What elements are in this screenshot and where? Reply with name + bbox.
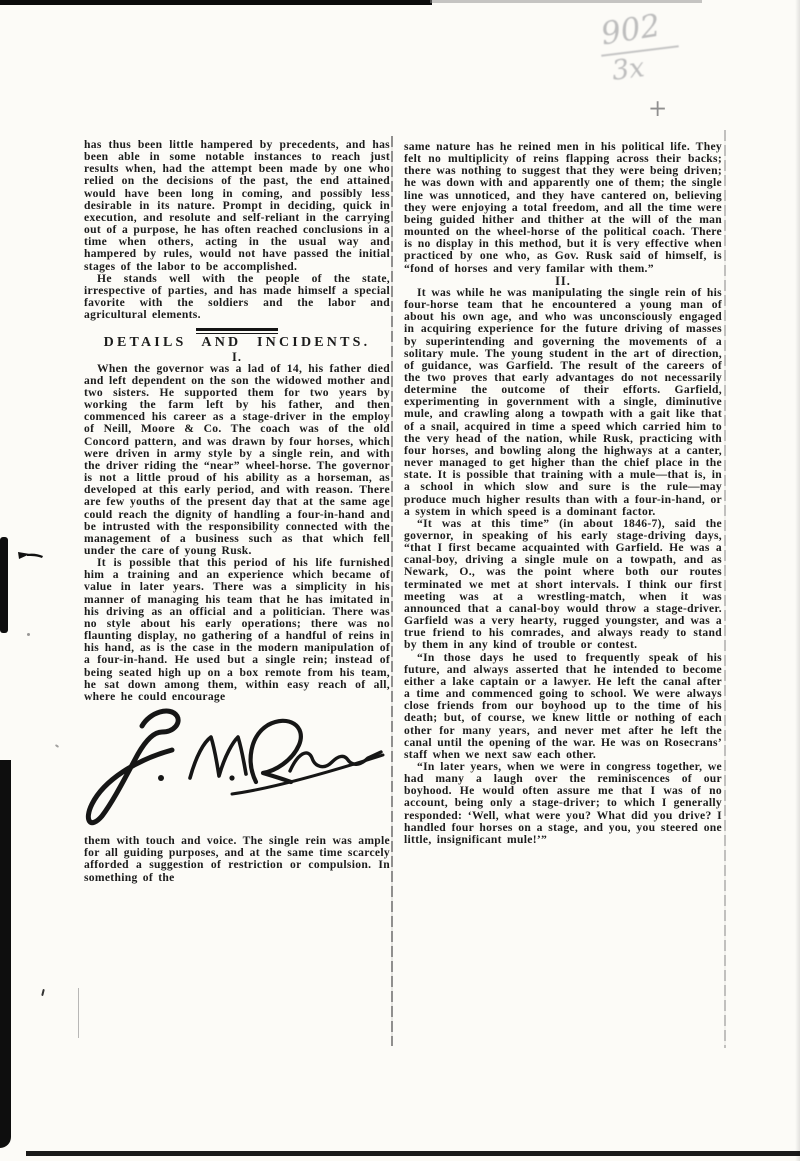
paragraph: It was while he was manipulating the sin… (404, 287, 722, 518)
margin-arrow-mark (17, 548, 44, 566)
paragraph: “It was at this time” (in about 1846-7),… (404, 518, 722, 652)
heading-rule (196, 328, 278, 334)
scan-edge-bottom (26, 1151, 800, 1156)
paragraph: same nature has he reined men in his pol… (404, 141, 722, 275)
right-column: same nature has he reined men in his pol… (404, 141, 722, 846)
section-heading-1: I. (84, 351, 390, 363)
paragraph: “In those days he used to frequently spe… (404, 652, 722, 761)
paragraph: He stands well with the people of the st… (84, 273, 390, 322)
paragraph: It is possible that this period of his l… (84, 557, 390, 703)
paragraph: has thus been little hampered by precede… (84, 139, 390, 273)
signature-jm-rusk (84, 708, 386, 832)
scan-speck (27, 633, 30, 636)
pencil-annotation: 3x (610, 52, 646, 87)
scan-edge-top (0, 0, 432, 5)
scan-edge-top-faint (430, 0, 702, 3)
scan-edge-left-upper (0, 537, 8, 633)
left-column: has thus been little hampered by precede… (84, 139, 390, 884)
paragraph: When the governor was a lad of 14, his f… (84, 363, 390, 558)
column-divider-right (724, 130, 726, 1048)
article-heading: DETAILS AND INCIDENTS. (84, 337, 390, 349)
paragraph: them with touch and voice. The single re… (84, 835, 390, 884)
pencil-annotation: + (648, 96, 667, 122)
scan-edge-right-shadow (795, 0, 800, 1161)
scan-stub-rule (78, 988, 79, 1038)
column-divider (391, 136, 393, 1046)
scan-edge-left-lower (0, 760, 11, 1148)
paragraph: “In later years, when we were in congres… (404, 761, 722, 846)
